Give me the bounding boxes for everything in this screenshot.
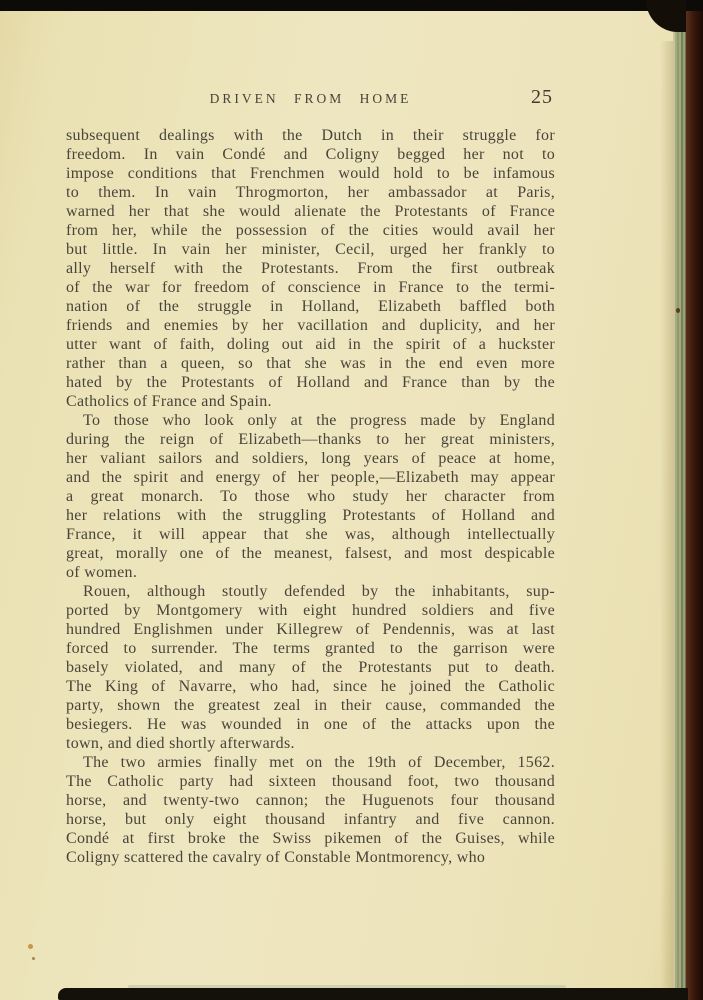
- paper-speck: [32, 957, 35, 960]
- scan-border-top: [0, 0, 703, 11]
- text-line: hundred Englishmen under Killegrew of Pe…: [66, 620, 555, 639]
- text-line: ally herself with the Protestants. From …: [66, 259, 555, 278]
- text-line: nation of the struggle in Holland, Eliza…: [66, 297, 555, 316]
- text-line: Catholics of France and Spain.: [66, 392, 555, 411]
- text-line: her valiant sailors and soldiers, long y…: [66, 449, 555, 468]
- text-line: great, morally one of the meanest, false…: [66, 544, 555, 563]
- text-line: a great monarch. To those who study her …: [66, 487, 555, 506]
- text-line: friends and enemies by her vacillation a…: [66, 316, 555, 335]
- text-line: town, and died shortly afterwards.: [66, 734, 555, 753]
- text-line: horse, but only eight thousand infantry …: [66, 810, 555, 829]
- text-line: hated by the Protestants of Holland and …: [66, 373, 555, 392]
- text-line: The two armies finally met on the 19th o…: [66, 753, 555, 772]
- text-line: of women.: [66, 563, 555, 582]
- page-edge-shading: [660, 41, 673, 996]
- text-line: To those who look only at the progress m…: [66, 411, 555, 430]
- text-line: Coligny scattered the cavalry of Constab…: [66, 848, 555, 867]
- page-text: subsequent dealings with the Dutch in th…: [66, 126, 555, 867]
- text-line: subsequent dealings with the Dutch in th…: [66, 126, 555, 145]
- paragraph: To those who look only at the progress m…: [66, 411, 555, 582]
- text-line: utter want of faith, doling out aid in t…: [66, 335, 555, 354]
- text-line: France, it will appear that she was, alt…: [66, 525, 555, 544]
- scan-border-bottom: [58, 988, 688, 1000]
- running-header-title: DRIVEN FROM HOME: [66, 91, 555, 107]
- page-number: 25: [531, 86, 553, 109]
- book-binding-edge: [686, 0, 703, 1000]
- scanned-book-page: DRIVEN FROM HOME 25 subsequent dealings …: [0, 0, 703, 1000]
- text-line: Condé at first broke the Swiss pikemen o…: [66, 829, 555, 848]
- paragraph: subsequent dealings with the Dutch in th…: [66, 126, 555, 411]
- text-line: to them. In vain Throgmorton, her ambass…: [66, 183, 555, 202]
- text-line: from her, while the possession of the ci…: [66, 221, 555, 240]
- text-line: The King of Navarre, who had, since he j…: [66, 677, 555, 696]
- text-line: warned her that she would alienate the P…: [66, 202, 555, 221]
- paper-speck: [28, 944, 33, 949]
- fore-edge-speck: [676, 308, 680, 313]
- text-line: freedom. In vain Condé and Coligny begge…: [66, 145, 555, 164]
- text-line: party, shown the greatest zeal in their …: [66, 696, 555, 715]
- book-fore-edge-pages: [673, 28, 687, 990]
- text-line: besiegers. He was wounded in one of the …: [66, 715, 555, 734]
- text-line: her relations with the struggling Protes…: [66, 506, 555, 525]
- text-line: of the war for freedom of conscience in …: [66, 278, 555, 297]
- text-line: rather than a queen, so that she was in …: [66, 354, 555, 373]
- text-line: but little. In vain her minister, Cecil,…: [66, 240, 555, 259]
- text-line: during the reign of Elizabeth—thanks to …: [66, 430, 555, 449]
- running-header-row: DRIVEN FROM HOME 25: [66, 91, 555, 111]
- text-line: forced to surrender. The terms granted t…: [66, 639, 555, 658]
- text-line: and the spirit and energy of her people,…: [66, 468, 555, 487]
- text-line: horse, and twenty-two cannon; the Huguen…: [66, 791, 555, 810]
- text-line: The Catholic party had sixteen thousand …: [66, 772, 555, 791]
- text-line: impose conditions that Frenchmen would h…: [66, 164, 555, 183]
- paragraph: Rouen, although stoutly defended by the …: [66, 582, 555, 753]
- text-line: basely violated, and many of the Protest…: [66, 658, 555, 677]
- text-line: ported by Montgomery with eight hundred …: [66, 601, 555, 620]
- text-line: Rouen, although stoutly defended by the …: [66, 582, 555, 601]
- paragraph: The two armies finally met on the 19th o…: [66, 753, 555, 867]
